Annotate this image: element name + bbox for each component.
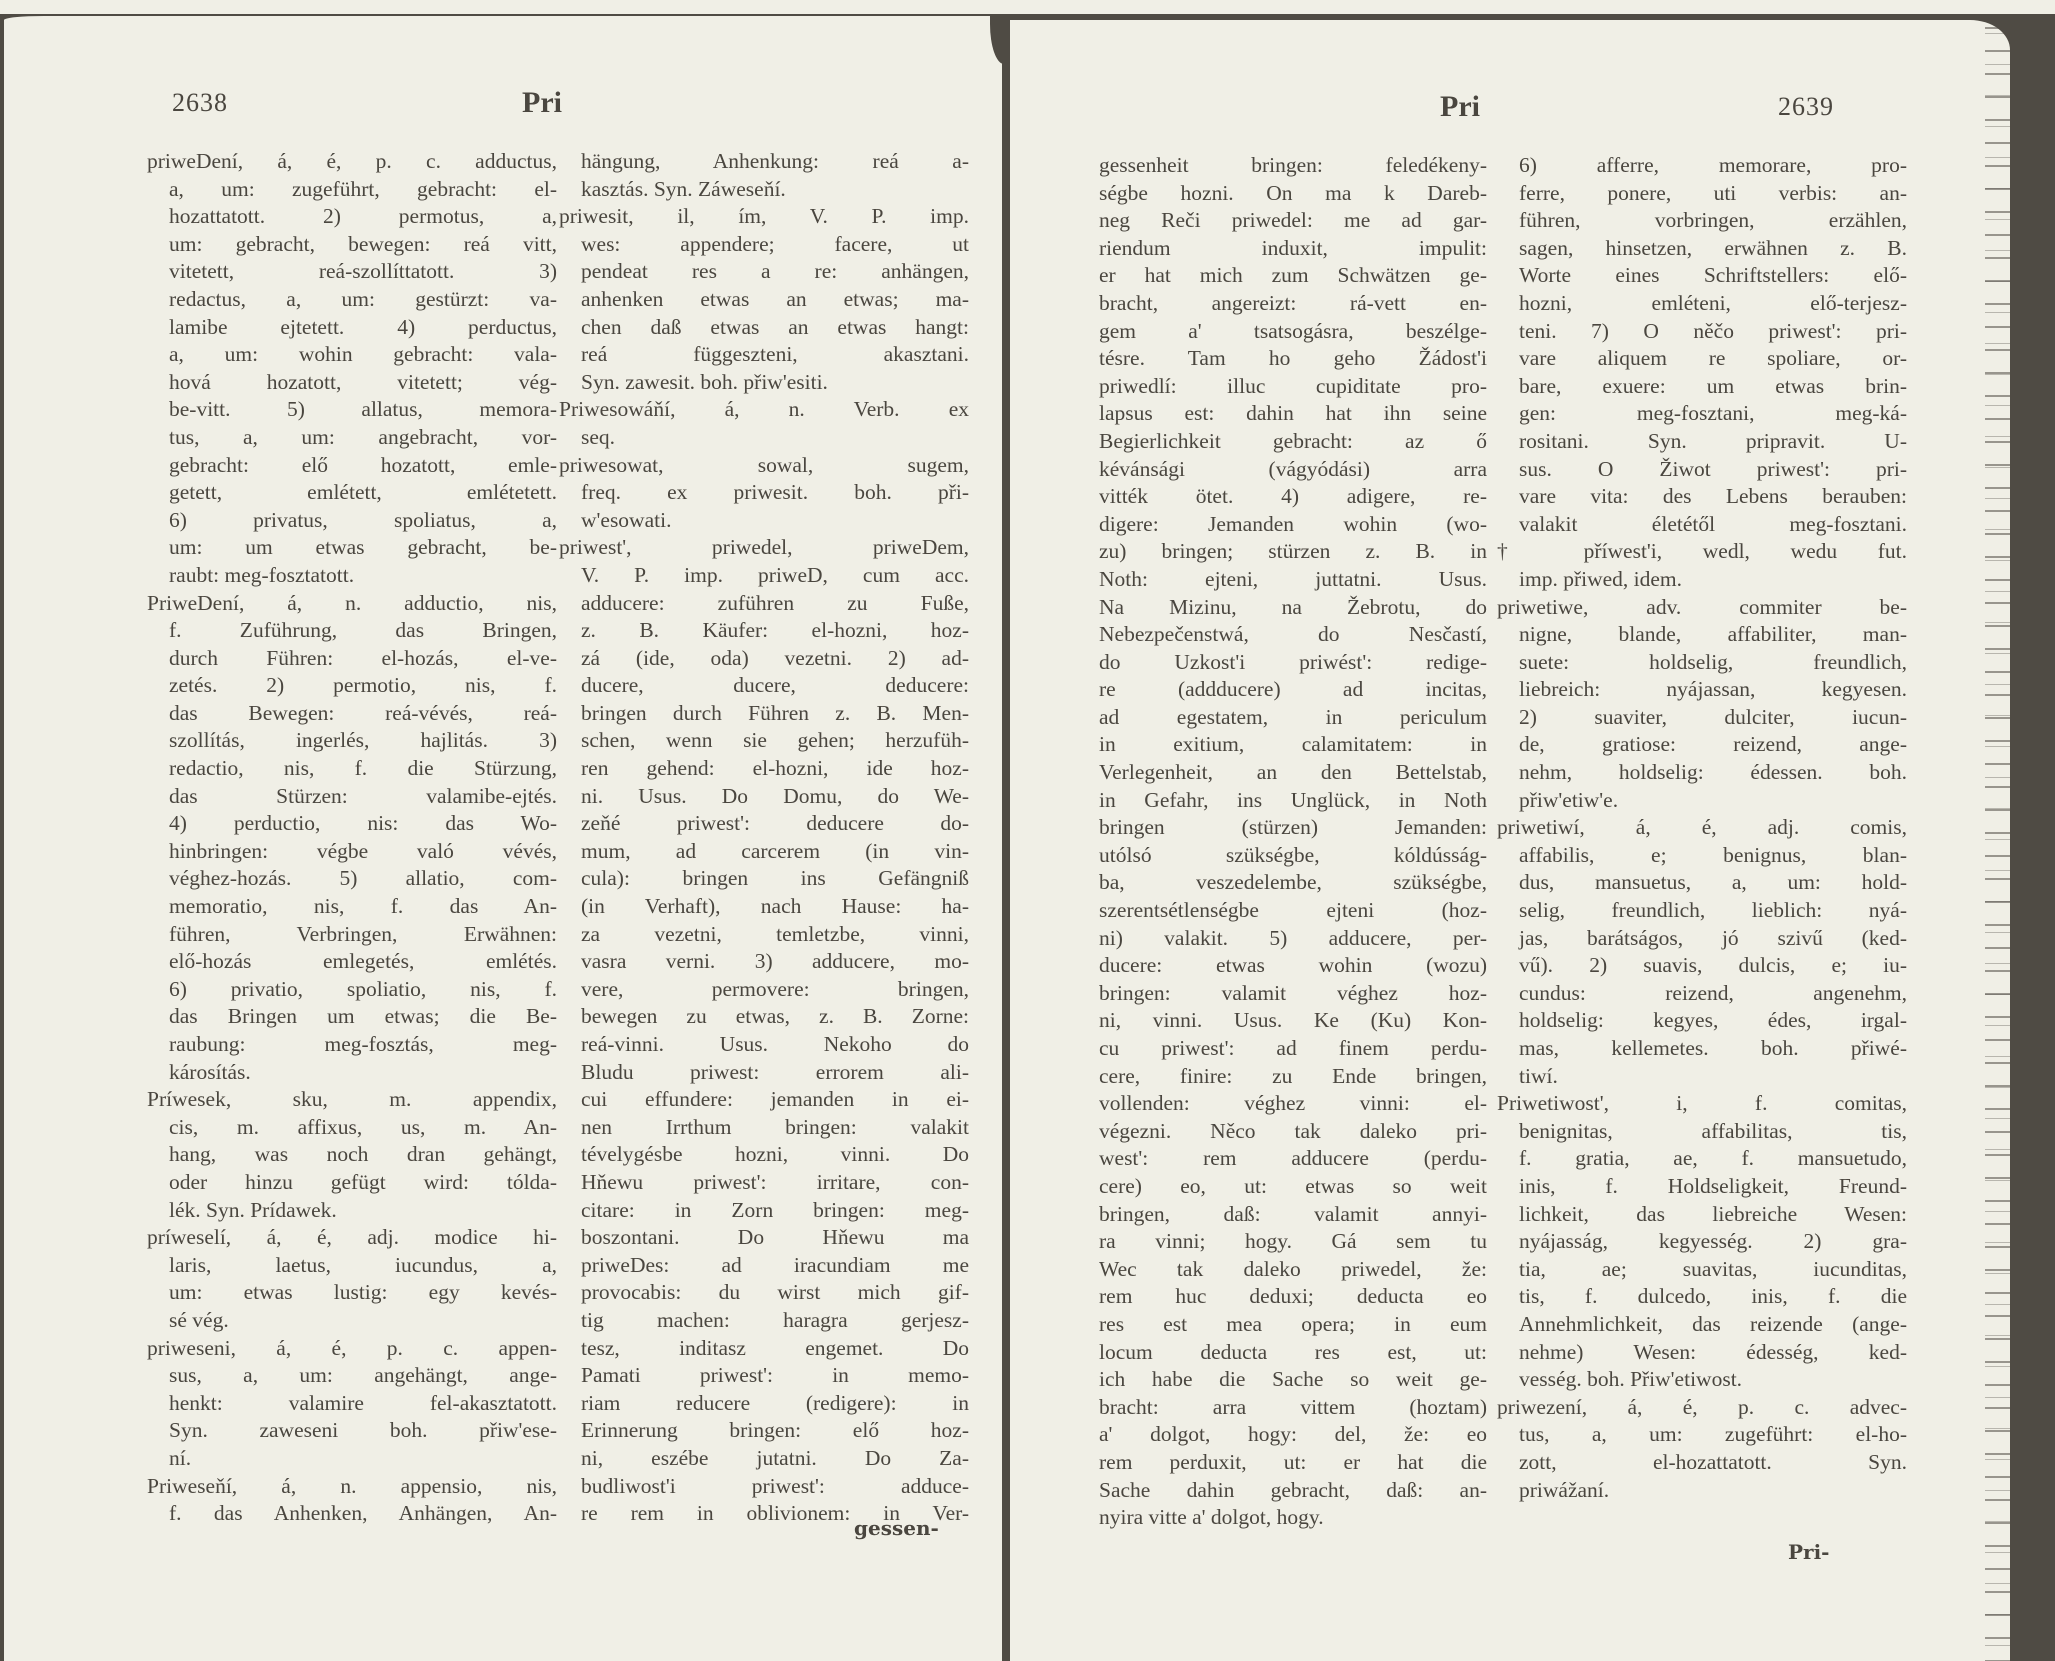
entry-headword-line: príweselí, á, é, adj. modice hi- <box>147 1224 557 1252</box>
entry-headword-line: priwetiwe, adv. commiter be- <box>1497 594 1907 622</box>
entry-headword-line: Priwesowáňí, á, n. Verb. ex <box>559 396 969 424</box>
entry-text-line: laris, laetus, iucundus, a, <box>147 1252 557 1280</box>
entry-text-line: ren gehend: el-hozni, ide hoz- <box>559 755 969 783</box>
entry-text-line: ba, veszedelembe, szükségbe, <box>1077 869 1487 897</box>
entry-text-line: ségbe hozni. On ma k Dareb- <box>1077 180 1487 208</box>
entry-text-line: cundus: reizend, angenehm, <box>1497 980 1907 1008</box>
entry-text-line: ra vinni; hogy. Gá sem tu <box>1077 1228 1487 1256</box>
entry-text-line: cere) eo, ut: etwas so weit <box>1077 1173 1487 1201</box>
entry-text-line: utólsó szükségbe, kóldússág- <box>1077 842 1487 870</box>
entry-text-line: ní. <box>147 1445 557 1473</box>
entry-text-line: ducere: etwas wohin (wozu) <box>1077 952 1487 980</box>
entry-text-line: re (addducere) ad incitas, <box>1077 676 1487 704</box>
entry-text-line: cere, finire: zu Ende bringen, <box>1077 1063 1487 1091</box>
entry-text-line: nen Irrthum bringen: valakit <box>559 1114 969 1142</box>
right-page-column-1: gessenheit bringen: feledékeny-ségbe hoz… <box>1077 152 1487 1532</box>
entry-text-line: za vezetni, temletzbe, vinni, <box>559 921 969 949</box>
entry-text-line: vare aliquem re spoliare, or- <box>1497 345 1907 373</box>
right-page-column-2: 6) afferre, memorare, pro-ferre, ponere,… <box>1497 152 1907 1504</box>
entry-text-line: Noth: ejteni, juttatni. Usus. <box>1077 566 1487 594</box>
entry-headword-line: priweseni, á, é, p. c. appen- <box>147 1335 557 1363</box>
entry-text-line: bringen durch Führen z. B. Men- <box>559 700 969 728</box>
entry-text-line: szollítás, ingerlés, hajlitás. 3) <box>147 727 557 755</box>
entry-text-line: V. P. imp. priweD, cum acc. <box>559 562 969 590</box>
entry-text-line: in exitium, calamitatem: in <box>1077 731 1487 759</box>
entry-text-line: vollenden: véghez vinni: el- <box>1077 1090 1487 1118</box>
entry-text-line: 6) privatio, spoliatio, nis, f. <box>147 976 557 1004</box>
entry-text-line: tus, a, um: zugeführt: el-ho- <box>1497 1421 1907 1449</box>
left-page: 2638 Pri priweDení, á, é, p. c. adductus… <box>4 16 1004 1661</box>
entry-text-line: rem huc deduxi; deducta eo <box>1077 1283 1487 1311</box>
entry-headword-line: Príwesek, sku, m. appendix, <box>147 1086 557 1114</box>
entry-text-line: valakit életétől meg-fosztani. <box>1497 511 1907 539</box>
entry-text-line: affabilis, e; benignus, blan- <box>1497 842 1907 870</box>
entry-text-line: lapsus est: dahin hat ihn seine <box>1077 400 1487 428</box>
entry-text-line: ni, eszébe jutatni. Do Za- <box>559 1445 969 1473</box>
entry-text-line: neg Reči priwedel: me ad gar- <box>1077 207 1487 235</box>
entry-text-line: raubt: meg-fosztatott. <box>147 562 557 590</box>
entry-text-line: bracht, angereizt: rá-vett en- <box>1077 290 1487 318</box>
entry-text-line: zeňé priwest': deducere do- <box>559 810 969 838</box>
entry-text-line: führen, Verbringen, Erwähnen: <box>147 921 557 949</box>
entry-text-line: locum deducta res est, ut: <box>1077 1339 1487 1367</box>
entry-text-line: budliwost'i priwest': adduce- <box>559 1473 969 1501</box>
entry-text-line: das Stürzen: valamibe-ejtés. <box>147 783 557 811</box>
entry-text-line: west': rem adducere (perdu- <box>1077 1145 1487 1173</box>
entry-text-line: citare: in Zorn bringen: meg- <box>559 1197 969 1225</box>
entry-text-line: elő-hozás emlegetés, emlétés. <box>147 948 557 976</box>
entry-text-line: nyira vitte a' dolgot, hogy. <box>1077 1504 1487 1532</box>
entry-text-line: ad egestatem, in periculum <box>1077 704 1487 732</box>
entry-text-line: vesség. boh. Přiw'etiwost. <box>1497 1366 1907 1394</box>
entry-text-line: anhenken etwas an etwas; ma- <box>559 286 969 314</box>
scan-top-margin <box>0 0 2055 14</box>
entry-text-line: priwážaní. <box>1497 1477 1907 1505</box>
entry-text-line: hängung, Anhenkung: reá a- <box>559 148 969 176</box>
entry-text-line: nehm, holdselig: édessen. boh. <box>1497 759 1907 787</box>
entry-text-line: cis, m. affixus, us, m. An- <box>147 1114 557 1142</box>
entry-text-line: be-vitt. 5) allatus, memora- <box>147 396 557 424</box>
entry-text-line: Begierlichkeit gebracht: az ő <box>1077 428 1487 456</box>
entry-text-line: inis, f. Holdseligkeit, Freund- <box>1497 1173 1907 1201</box>
entry-text-line: ni) valakit. 5) adducere, per- <box>1077 925 1487 953</box>
entry-text-line: res est mea opera; in eum <box>1077 1311 1487 1339</box>
entry-text-line: chen daß etwas an etwas hangt: <box>559 314 969 342</box>
left-guide-word: Pri <box>522 88 562 118</box>
entry-text-line: tesz, inditasz engemet. Do <box>559 1335 969 1363</box>
entry-text-line: bare, exuere: um etwas brin- <box>1497 373 1907 401</box>
entry-text-line: zu) bringen; stürzen z. B. in <box>1077 538 1487 566</box>
entry-text-line: cula): bringen ins Gefängniß <box>559 865 969 893</box>
entry-text-line: vű). 2) suavis, dulcis, e; iu- <box>1497 952 1907 980</box>
entry-text-line: henkt: valamire fel-akasztatott. <box>147 1390 557 1418</box>
entry-text-line: digere: Jemanden wohin (wo- <box>1077 511 1487 539</box>
entry-text-line: gebracht: elő hozatott, emle- <box>147 452 557 480</box>
entry-text-line: nigne, blande, affabiliter, man- <box>1497 621 1907 649</box>
entry-text-line: Annehmlichkeit, das reizende (ange- <box>1497 1311 1907 1339</box>
entry-text-line: das Bringen um etwas; die Be- <box>147 1003 557 1031</box>
entry-text-line: nehme) Wesen: édesség, ked- <box>1497 1339 1907 1367</box>
entry-text-line: riendum induxit, impulit: <box>1077 235 1487 263</box>
entry-text-line: de, gratiose: reizend, ange- <box>1497 731 1907 759</box>
entry-text-line: liebreich: nyájassan, kegyesen. <box>1497 676 1907 704</box>
entry-text-line: tus, a, um: angebracht, vor- <box>147 424 557 452</box>
right-page: Pri 2639 gessenheit bringen: feledékeny-… <box>1010 20 2010 1661</box>
entry-text-line: sus. O Žiwot priwest': pri- <box>1497 456 1907 484</box>
right-page-catchword: Pri- <box>1788 1540 1829 1564</box>
entry-text-line: um: etwas lustig: egy kevés- <box>147 1279 557 1307</box>
entry-text-line: bewegen zu etwas, z. B. Zorne: <box>559 1003 969 1031</box>
entry-text-line: hozattatott. 2) permotus, a, <box>147 203 557 231</box>
entry-text-line: rem perduxit, ut: er hat die <box>1077 1449 1487 1477</box>
entry-text-line: wes: appendere; facere, ut <box>559 231 969 259</box>
entry-text-line: 2) suaviter, dulciter, iucun- <box>1497 704 1907 732</box>
entry-headword-line: Priwetiwost', i, f. comitas, <box>1497 1090 1907 1118</box>
left-page-column-1: priweDení, á, é, p. c. adductus,a, um: z… <box>147 148 557 1528</box>
entry-text-line: ich habe die Sache so weit ge- <box>1077 1366 1487 1394</box>
entry-text-line: vitték ötet. 4) adigere, re- <box>1077 483 1487 511</box>
entry-text-line: Verlegenheit, an den Bettelstab, <box>1077 759 1487 787</box>
entry-text-line: jas, barátságos, jó szivű (ked- <box>1497 925 1907 953</box>
entry-text-line: raubung: meg-fosztás, meg- <box>147 1031 557 1059</box>
entry-text-line: redactus, a, um: gestürzt: va- <box>147 286 557 314</box>
entry-text-line: mum, ad carcerem (in vin- <box>559 838 969 866</box>
left-page-column-2: hängung, Anhenkung: reá a-kasztás. Syn. … <box>559 148 969 1528</box>
entry-text-line: gen: meg-fosztani, meg-ká- <box>1497 400 1907 428</box>
entry-text-line: do Uzkost'i priwést': redige- <box>1077 649 1487 677</box>
entry-text-line: gessenheit bringen: feledékeny- <box>1077 152 1487 180</box>
entry-headword-line: priwetiwí, á, é, adj. comis, <box>1497 814 1907 842</box>
entry-text-line: riam reducere (redigere): in <box>559 1390 969 1418</box>
entry-text-line: vere, permovere: bringen, <box>559 976 969 1004</box>
entry-text-line: sus, a, um: angehängt, ange- <box>147 1362 557 1390</box>
entry-text-line: tésre. Tam ho geho Žádost'i <box>1077 345 1487 373</box>
entry-text-line: f. Zuführung, das Bringen, <box>147 617 557 645</box>
entry-text-line: bringen: valamit véghez hoz- <box>1077 980 1487 1008</box>
entry-text-line: hová hozatott, vitetett; vég- <box>147 369 557 397</box>
entry-text-line: oder hinzu gefügt wird: tólda- <box>147 1169 557 1197</box>
entry-text-line: a' dolgot, hogy: del, že: eo <box>1077 1421 1487 1449</box>
entry-text-line: um: um etwas gebracht, be- <box>147 534 557 562</box>
entry-text-line: f. das Anhenken, Anhängen, An- <box>147 1500 557 1528</box>
entry-text-line: 6) afferre, memorare, pro- <box>1497 152 1907 180</box>
entry-text-line: mas, kellemetes. boh. přiwé- <box>1497 1035 1907 1063</box>
entry-text-line: rositani. Syn. pripravit. U- <box>1497 428 1907 456</box>
entry-text-line: getett, emlétett, emlétetett. <box>147 479 557 507</box>
entry-text-line: er hat mich zum Schwätzen ge- <box>1077 262 1487 290</box>
entry-text-line: Sache dahin gebracht, daß: an- <box>1077 1477 1487 1505</box>
entry-headword-line: priweDení, á, é, p. c. adductus, <box>147 148 557 176</box>
entry-text-line: gem a' tsatsogásra, beszélge- <box>1077 318 1487 346</box>
entry-text-line: vitetett, reá-szollíttatott. 3) <box>147 258 557 286</box>
entry-text-line: tiwí. <box>1497 1063 1907 1091</box>
entry-text-line: selig, freundlich, lieblich: nyá- <box>1497 897 1907 925</box>
entry-text-line: 4) perductio, nis: das Wo- <box>147 810 557 838</box>
entry-text-line: Pamati priwest': in memo- <box>559 1362 969 1390</box>
entry-text-line: hang, was noch dran gehängt, <box>147 1141 557 1169</box>
entry-text-line: freq. ex priwesit. boh. při- <box>559 479 969 507</box>
entry-text-line: zá (ide, oda) vezetni. 2) ad- <box>559 645 969 673</box>
entry-headword-line: Priweseňí, á, n. appensio, nis, <box>147 1473 557 1501</box>
left-page-number: 2638 <box>172 88 228 118</box>
entry-text-line: führen, vorbringen, erzählen, <box>1497 207 1907 235</box>
entry-text-line: in Gefahr, ins Unglück, in Noth <box>1077 787 1487 815</box>
entry-text-line: sé vég. <box>147 1307 557 1335</box>
entry-text-line: durch Führen: el-hozás, el-ve- <box>147 645 557 673</box>
entry-text-line: schen, wenn sie gehen; herzufüh- <box>559 727 969 755</box>
entry-text-line: boszontani. Do Hňewu ma <box>559 1224 969 1252</box>
entry-text-line: z. B. Käufer: el-hozni, hoz- <box>559 617 969 645</box>
entry-text-line: kasztás. Syn. Záweseňí. <box>559 176 969 204</box>
entry-text-line: Syn. zaweseni boh. přiw'ese- <box>147 1417 557 1445</box>
entry-text-line: f. gratia, ae, f. mansuetudo, <box>1497 1145 1907 1173</box>
entry-text-line: lichkeit, das liebreiche Wesen: <box>1497 1201 1907 1229</box>
entry-headword-line: † příwest'i, wedl, wedu fut. <box>1497 538 1907 566</box>
entry-text-line: tévelygésbe hozni, vinni. Do <box>559 1141 969 1169</box>
entry-text-line: das Bewegen: reá-vévés, reá- <box>147 700 557 728</box>
entry-text-line: imp. přiwed, idem. <box>1497 566 1907 594</box>
entry-text-line: w'esowati. <box>559 507 969 535</box>
entry-text-line: bringen (stürzen) Jemanden: <box>1077 814 1487 842</box>
entry-text-line: hinbringen: végbe való vévés, <box>147 838 557 866</box>
entry-text-line: přiw'etiw'e. <box>1497 787 1907 815</box>
entry-text-line: kévánsági (vágyódási) arra <box>1077 456 1487 484</box>
entry-text-line: vasra verni. 3) adducere, mo- <box>559 948 969 976</box>
entry-text-line: pendeat res a re: anhängen, <box>559 258 969 286</box>
entry-text-line: adducere: zuführen zu Fuße, <box>559 590 969 618</box>
entry-text-line: ni. Usus. Do Domu, do We- <box>559 783 969 811</box>
entry-text-line: provocabis: du wirst mich gif- <box>559 1279 969 1307</box>
entry-text-line: teni. 7) O něčo priwest': pri- <box>1497 318 1907 346</box>
entry-text-line: ferre, ponere, uti verbis: an- <box>1497 180 1907 208</box>
entry-text-line: um: gebracht, bewegen: reá vitt, <box>147 231 557 259</box>
entry-text-line: benignitas, affabilitas, tis, <box>1497 1118 1907 1146</box>
right-guide-word: Pri <box>1440 92 1480 122</box>
entry-text-line: bracht: arra vittem (hoztam) <box>1077 1394 1487 1422</box>
entry-text-line: a, um: zugeführt, gebracht: el- <box>147 176 557 204</box>
entry-text-line: Bludu priwest: errorem ali- <box>559 1059 969 1087</box>
entry-text-line: tis, f. dulcedo, inis, f. die <box>1497 1283 1907 1311</box>
entry-text-line: bringen, daß: valamit annyi- <box>1077 1201 1487 1229</box>
entry-text-line: Nebezpečenstwá, do Nesčastí, <box>1077 621 1487 649</box>
left-page-catchword: gessen- <box>854 1516 939 1540</box>
entry-text-line: (in Verhaft), nach Hause: ha- <box>559 893 969 921</box>
entry-text-line: végezni. Něco tak daleko pri- <box>1077 1118 1487 1146</box>
page-edge-shadow <box>1985 20 2013 1661</box>
entry-headword-line: priwezení, á, é, p. c. advec- <box>1497 1394 1907 1422</box>
entry-headword-line: priwesowat, sowal, sugem, <box>559 452 969 480</box>
entry-text-line: ducere, ducere, deducere: <box>559 672 969 700</box>
entry-text-line: zetés. 2) permotio, nis, f. <box>147 672 557 700</box>
entry-text-line: vare vita: des Lebens berauben: <box>1497 483 1907 511</box>
entry-text-line: seq. <box>559 424 969 452</box>
entry-text-line: priwedlí: illuc cupiditate pro- <box>1077 373 1487 401</box>
entry-text-line: holdselig: kegyes, édes, irgal- <box>1497 1007 1907 1035</box>
entry-text-line: károsítás. <box>147 1059 557 1087</box>
book-gutter <box>1002 30 1008 1661</box>
entry-text-line: dus, mansuetus, a, um: hold- <box>1497 869 1907 897</box>
entry-text-line: priweDes: ad iracundiam me <box>559 1252 969 1280</box>
entry-text-line: zott, el-hozattatott. Syn. <box>1497 1449 1907 1477</box>
entry-text-line: Worte eines Schriftstellers: elő- <box>1497 262 1907 290</box>
entry-text-line: memoratio, nis, f. das An- <box>147 893 557 921</box>
entry-text-line: Wec tak daleko priwedel, že: <box>1077 1256 1487 1284</box>
entry-text-line: Syn. zawesit. boh. přiw'esiti. <box>559 369 969 397</box>
entry-text-line: cu priwest': ad finem perdu- <box>1077 1035 1487 1063</box>
entry-text-line: suete: holdselig, freundlich, <box>1497 649 1907 677</box>
entry-text-line: hozni, emléteni, elő-terjesz- <box>1497 290 1907 318</box>
entry-text-line: reá függeszteni, akasztani. <box>559 341 969 369</box>
right-page-number: 2639 <box>1778 92 1834 122</box>
entry-text-line: reá-vinni. Usus. Nekoho do <box>559 1031 969 1059</box>
entry-text-line: lék. Syn. Prídawek. <box>147 1197 557 1225</box>
entry-text-line: a, um: wohin gebracht: vala- <box>147 341 557 369</box>
entry-headword-line: priwesit, il, ím, V. P. imp. <box>559 203 969 231</box>
entry-headword-line: PriweDení, á, n. adductio, nis, <box>147 590 557 618</box>
entry-text-line: nyájasság, kegyesség. 2) gra- <box>1497 1228 1907 1256</box>
entry-text-line: véghez-hozás. 5) allatio, com- <box>147 865 557 893</box>
entry-text-line: lamibe ejtetett. 4) perductus, <box>147 314 557 342</box>
entry-text-line: tig machen: haragra gerjesz- <box>559 1307 969 1335</box>
entry-text-line: szerentsétlenségbe ejteni (hoz- <box>1077 897 1487 925</box>
entry-text-line: redactio, nis, f. die Stürzung, <box>147 755 557 783</box>
entry-text-line: ni, vinni. Usus. Ke (Ku) Kon- <box>1077 1007 1487 1035</box>
entry-text-line: 6) privatus, spoliatus, a, <box>147 507 557 535</box>
entry-text-line: Hňewu priwest': irritare, con- <box>559 1169 969 1197</box>
entry-text-line: sagen, hinsetzen, erwähnen z. B. <box>1497 235 1907 263</box>
entry-text-line: tia, ae; suavitas, iucunditas, <box>1497 1256 1907 1284</box>
entry-headword-line: priwest', priwedel, priweDem, <box>559 534 969 562</box>
entry-text-line: Erinnerung bringen: elő hoz- <box>559 1417 969 1445</box>
entry-text-line: cui effundere: jemanden in ei- <box>559 1086 969 1114</box>
entry-text-line: Na Mizinu, na Žebrotu, do <box>1077 594 1487 622</box>
